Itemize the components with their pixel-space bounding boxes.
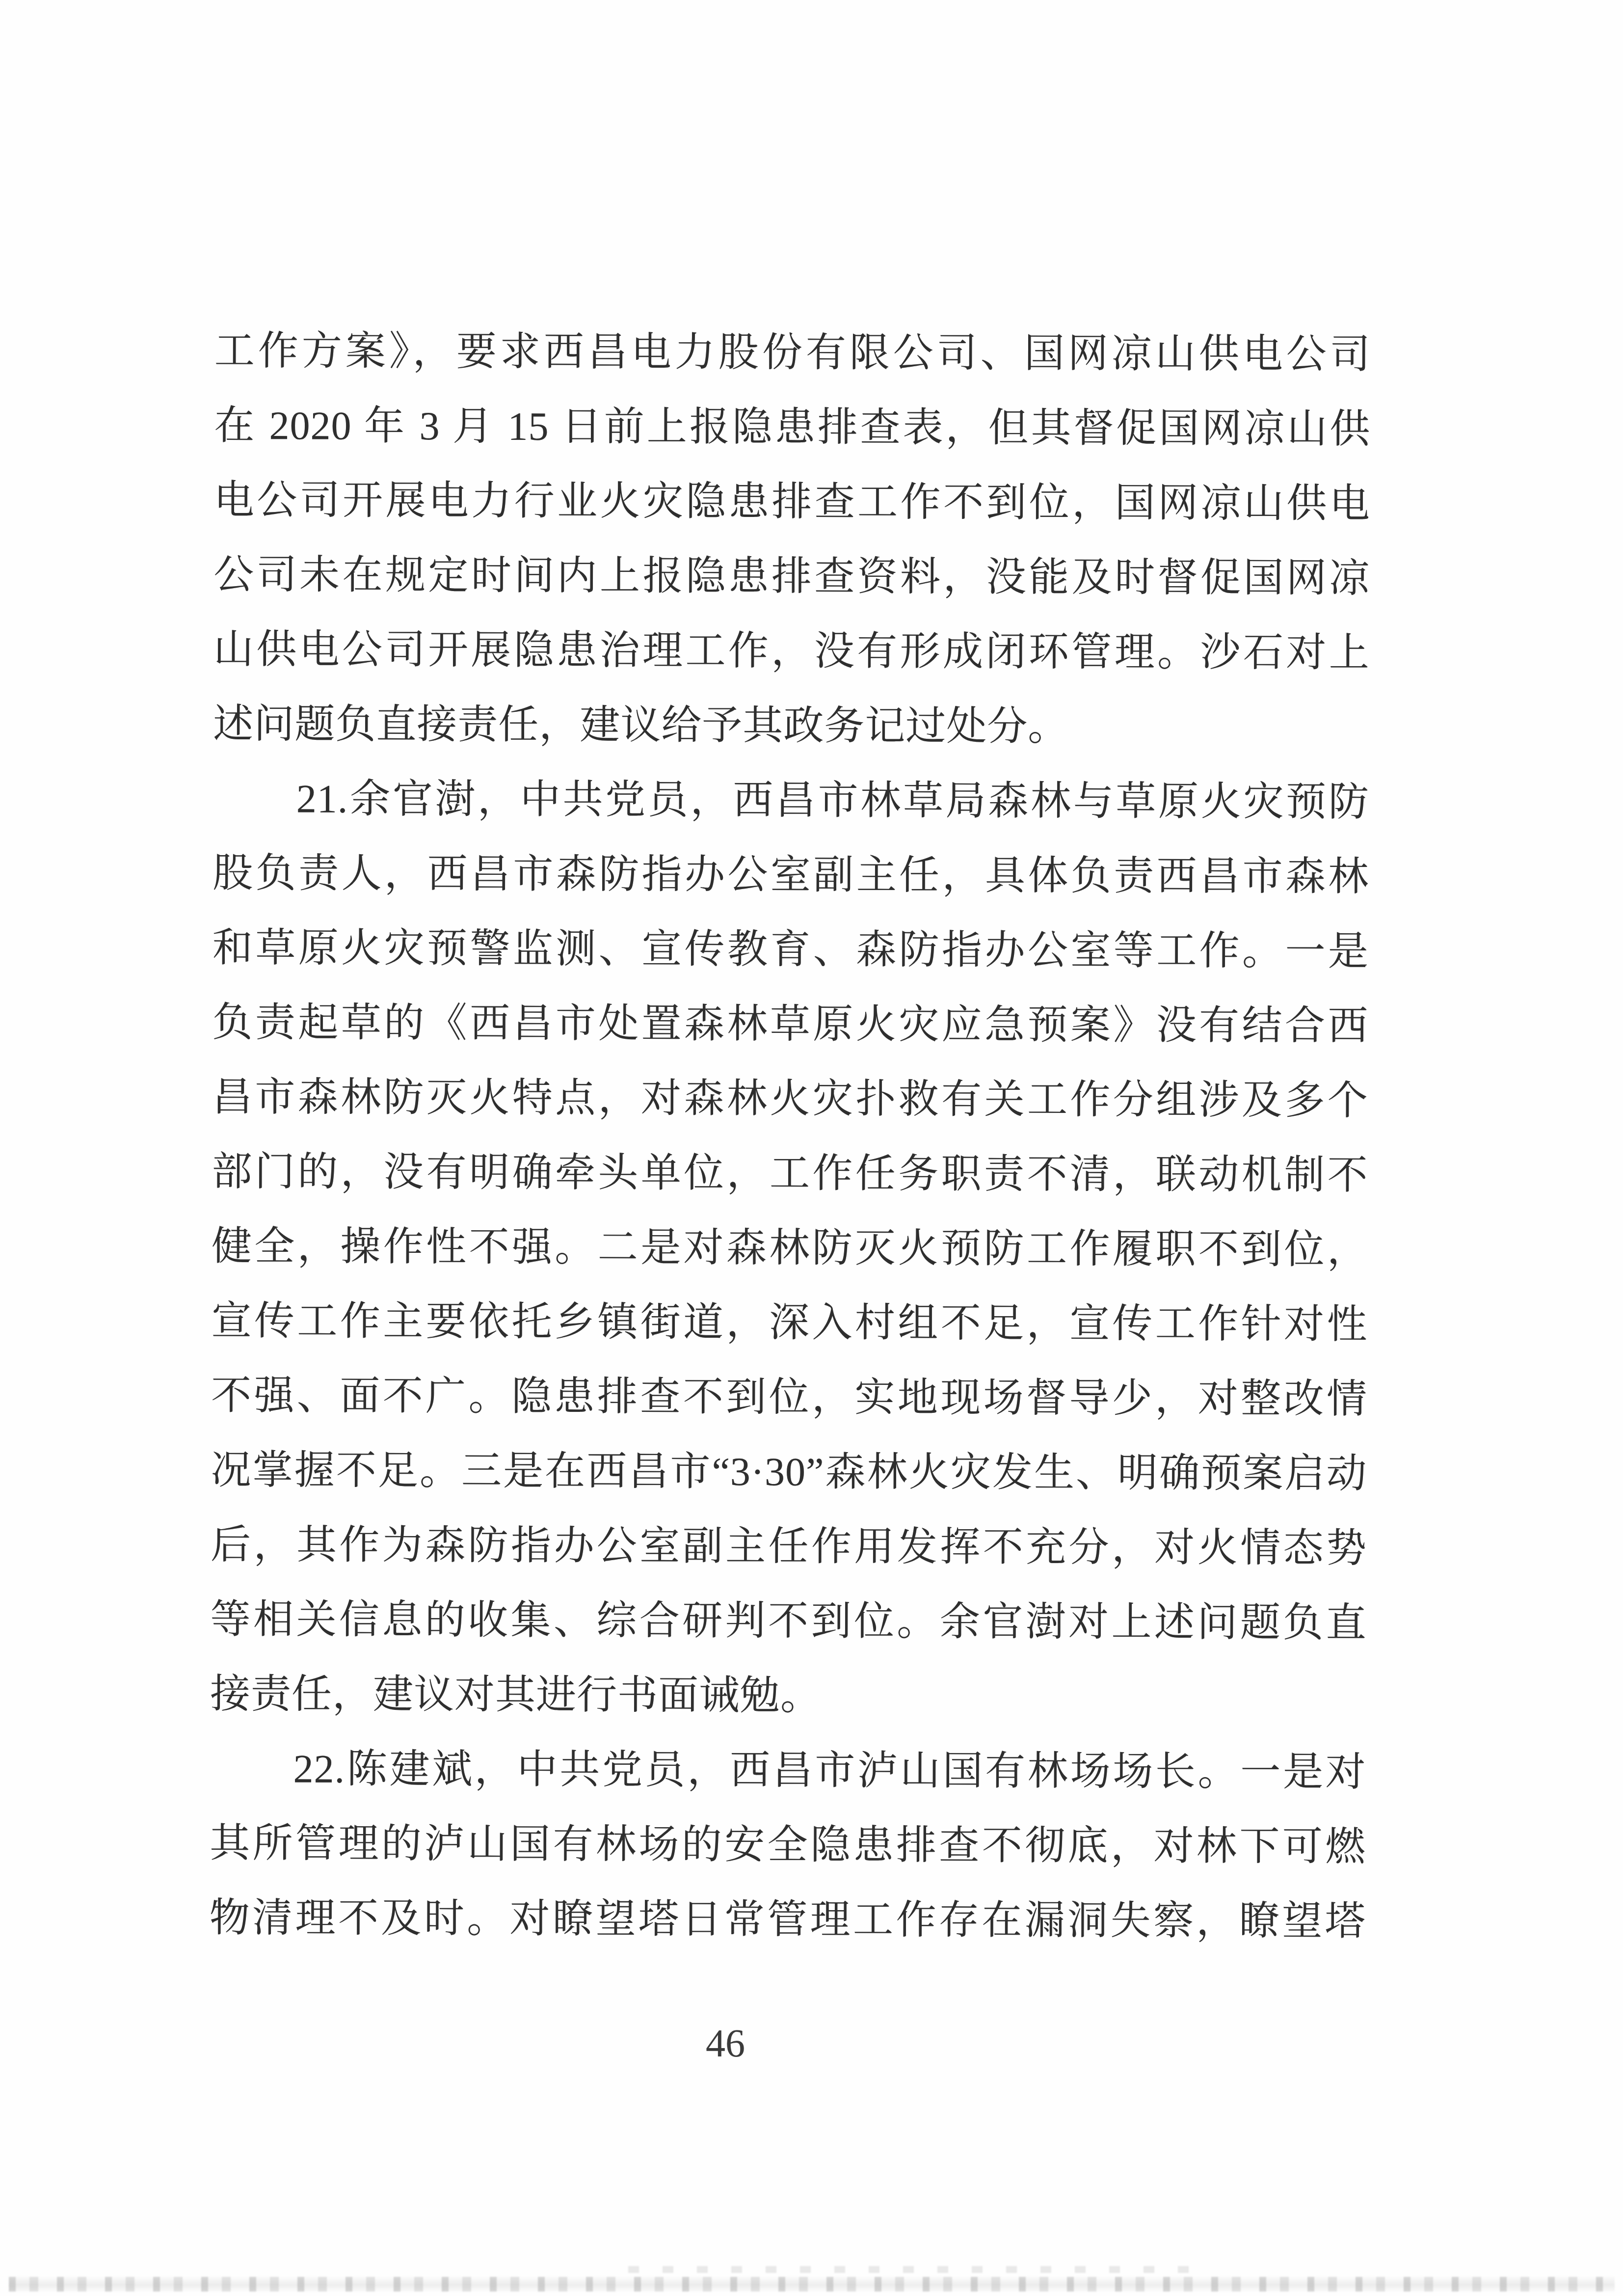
text-line: 宣传工作主要依托乡镇街道，深入村组不足，宣传工作针对性 xyxy=(211,1284,1367,1362)
text-line: 22.陈建斌，中共党员，西昌市泸山国有林场场长。一是对 xyxy=(210,1731,1366,1810)
page-number: 46 xyxy=(706,2022,745,2066)
text-line: 后，其作为森防指办公室副主任作用发挥不充分，对火情态势 xyxy=(211,1508,1367,1586)
scan-artifact-bottom xyxy=(9,2277,1615,2292)
text-line: 其所管理的泸山国有林场的安全隐患排查不彻底，对林下可燃 xyxy=(210,1806,1366,1884)
text-line: 部门的，没有明确牵头单位，工作任务职责不清，联动机制不 xyxy=(212,1134,1368,1213)
document-page: 工作方案》，要求西昌电力股份有限公司、国网凉山供电公司在 2020 年 3 月 … xyxy=(0,0,1623,2296)
text-line: 述问题负直接责任，建议给予其政务记过处分。 xyxy=(213,687,1369,765)
text-line: 负责起草的《西昌市处置森林草原火灾应急预案》没有结合西 xyxy=(212,985,1368,1063)
text-line: 21.余官澍，中共党员，西昌市林草局森林与草原火灾预防 xyxy=(213,761,1369,839)
text-line: 在 2020 年 3 月 15 日前上报隐患排查表，但其督促国网凉山供 xyxy=(214,388,1370,466)
text-line: 健全，操作性不强。二是对森林防灭火预防工作履职不到位， xyxy=(212,1209,1368,1287)
text-line: 股负责人，西昌市森防指办公室副主任，具体负责西昌市森林 xyxy=(213,836,1369,914)
scan-artifact-bottom-secondary xyxy=(628,2266,1207,2273)
text-line: 况掌握不足。三是在西昌市“3·30”森林火灾发生、明确预案启动 xyxy=(211,1433,1367,1511)
text-line: 山供电公司开展隐患治理工作，没有形成闭环管理。沙石对上 xyxy=(213,612,1370,690)
text-line: 不强、面不广。隐患排查不到位，实地现场督导少，对整改情 xyxy=(211,1358,1367,1436)
text-line: 和草原火灾预警监测、宣传教育、森防指办公室等工作。一是 xyxy=(213,911,1369,989)
text-line: 昌市森林防灭火特点，对森林火灾扑救有关工作分组涉及多个 xyxy=(212,1060,1368,1138)
text-line: 物清理不及时。对瞭望塔日常管理工作存在漏洞失察，瞭望塔 xyxy=(209,1881,1365,1959)
text-line: 工作方案》，要求西昌电力股份有限公司、国网凉山供电公司 xyxy=(214,314,1371,392)
text-line: 公司未在规定时间内上报隐患排查资料，没能及时督促国网凉 xyxy=(213,538,1370,616)
text-line: 等相关信息的收集、综合研判不到位。余官澍对上述问题负直 xyxy=(210,1582,1366,1660)
text-line: 接责任，建议对其进行书面诫勉。 xyxy=(210,1657,1366,1735)
text-line: 电公司开展电力行业火灾隐患排查工作不到位，国网凉山供电 xyxy=(214,463,1370,541)
body-text: 工作方案》，要求西昌电力股份有限公司、国网凉山供电公司在 2020 年 3 月 … xyxy=(209,314,1370,1959)
